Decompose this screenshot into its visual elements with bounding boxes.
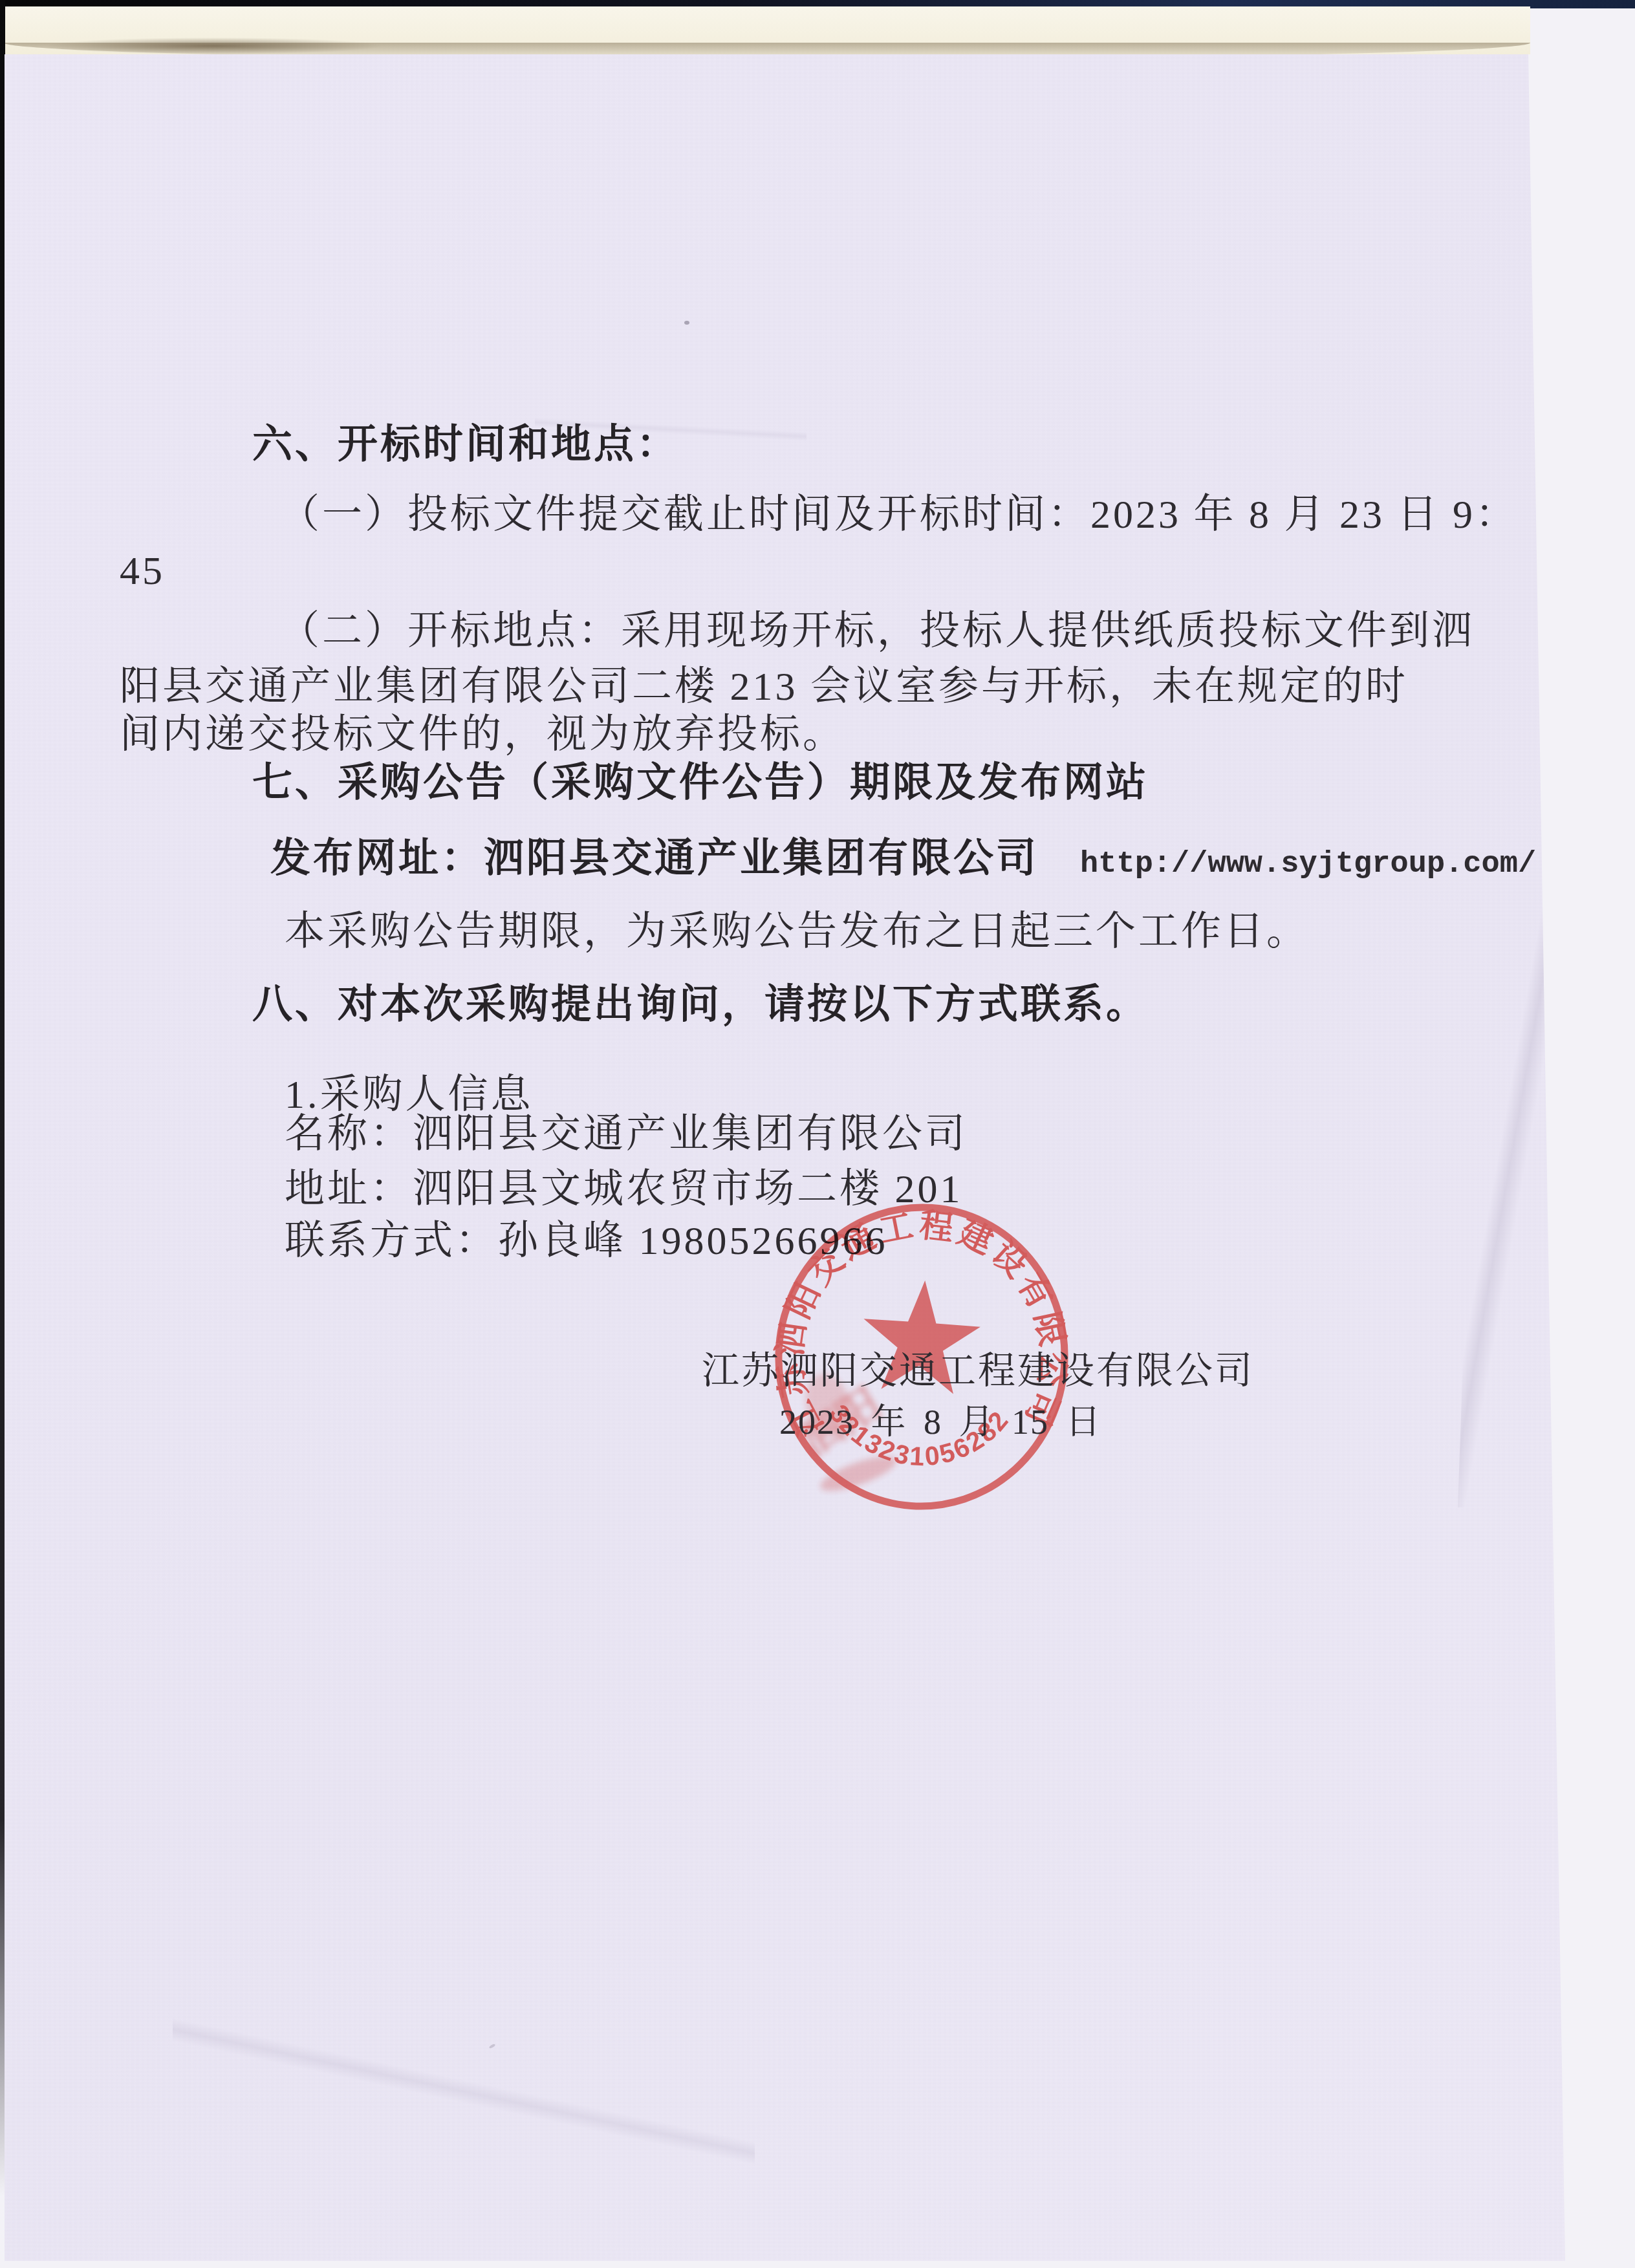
- scan-edge-left: [0, 0, 5, 2218]
- publish-site-label: 发布网址：泗阳县交通产业集团有限公司: [270, 837, 1039, 881]
- bid-deadline-line: （一）投标文件提交截止时间及开标时间：2023 年 8 月 23 日 9：: [279, 482, 1518, 539]
- notice-period-line: 本采购公告期限，为采购公告发布之日起三个工作日。: [285, 899, 1309, 956]
- publish-site-url: http://www.syjtgroup.com/: [1080, 847, 1536, 881]
- section-eight-heading: 八、对本次采购提出询问，请按以下方式联系。: [252, 972, 1149, 1030]
- signature-date: 2023 年 8 月 15 日: [779, 1394, 1102, 1444]
- section-seven-heading: 七、采购公告（采购文件公告）期限及发布网站: [252, 750, 1149, 808]
- publish-site-line: 发布网址：泗阳县交通产业集团有限公司http://www.syjtgroup.c…: [270, 826, 1536, 883]
- scanned-document-page: { "colors": { "paper": "#e9e5f3", "backi…: [0, 0, 1635, 2268]
- scan-band-shadow-blob: [45, 38, 382, 54]
- bid-deadline-minutes: 45: [120, 548, 165, 594]
- bid-location-line-1: （二）开标地点：采用现场开标，投标人提供纸质投标文件到泗: [279, 598, 1475, 656]
- section-six-heading: 六、开标时间和地点：: [252, 412, 679, 470]
- paper-crease-bottom: [173, 2007, 755, 2176]
- scan-speck: [684, 321, 689, 325]
- signature-company: 江苏泗阳交通工程建设有限公司: [702, 1340, 1254, 1394]
- purchaser-name-line: 名称：泗阳县交通产业集团有限公司: [285, 1101, 968, 1159]
